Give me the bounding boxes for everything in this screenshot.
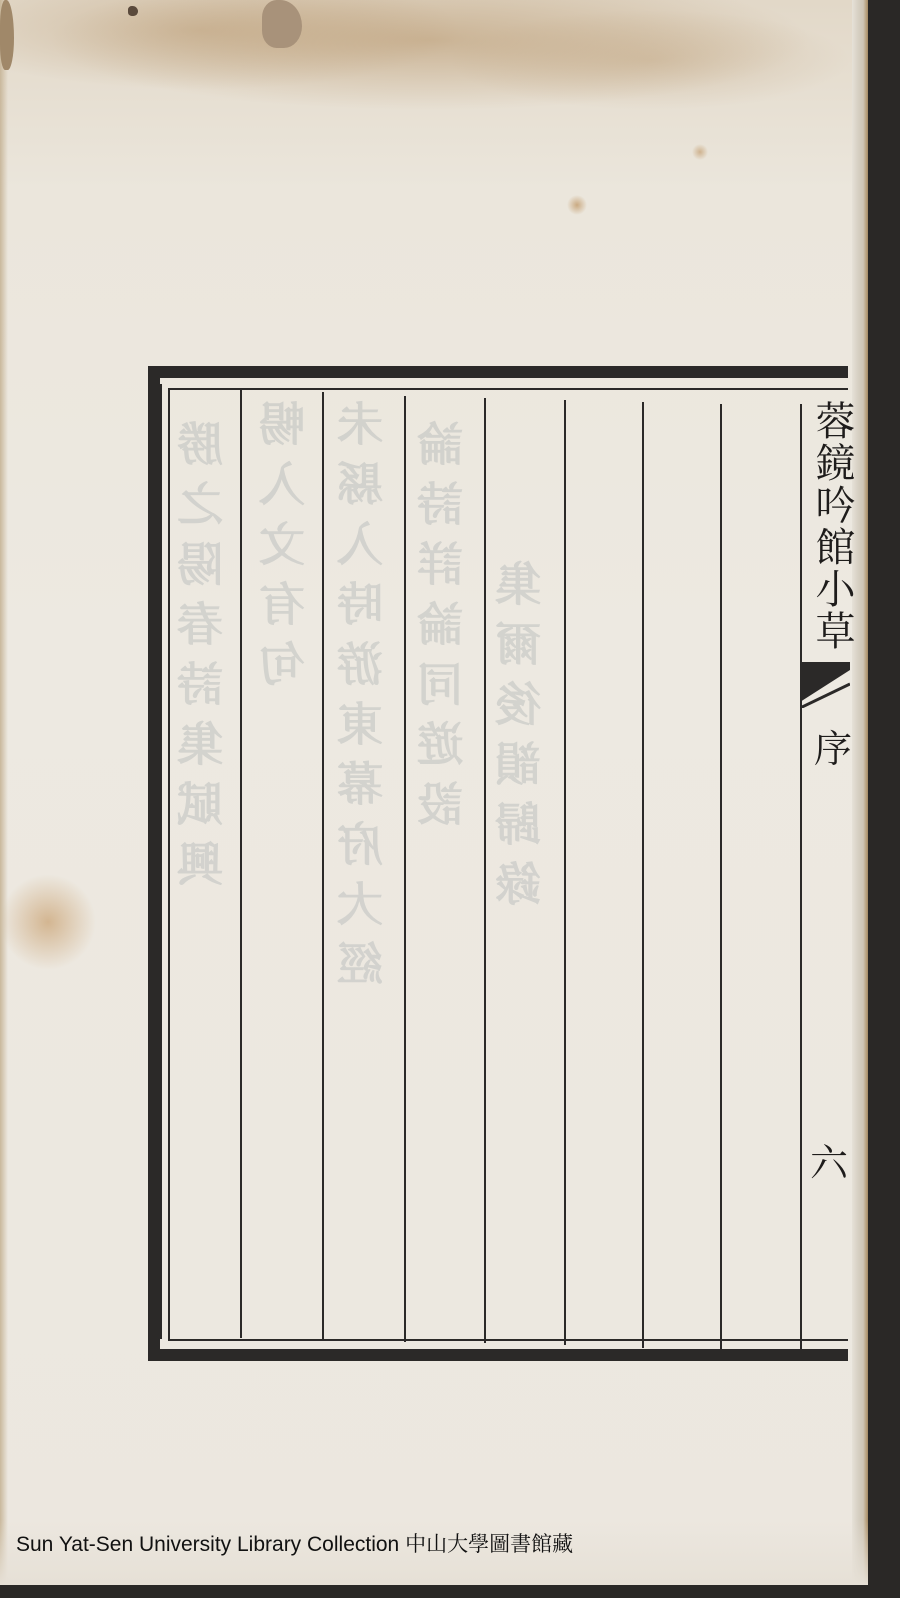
left-binding-edge bbox=[0, 0, 8, 1598]
bleed-column: 集爾後韻歸錄 bbox=[498, 560, 544, 920]
column-rule bbox=[404, 396, 406, 1342]
column-rule bbox=[240, 388, 242, 1338]
column-rule bbox=[800, 404, 802, 1350]
column-rule bbox=[322, 392, 324, 1340]
centerfold-page-number: 六 bbox=[810, 1132, 848, 1187]
column-rule bbox=[484, 398, 486, 1343]
paper-damage bbox=[128, 6, 138, 16]
scan-background bbox=[0, 1585, 900, 1598]
column-rule bbox=[160, 384, 162, 1339]
bleed-column: 勝之陽春詩集賦興 bbox=[180, 420, 226, 900]
column-rule bbox=[642, 402, 644, 1348]
column-rule bbox=[564, 400, 566, 1345]
fishtail-mark-icon bbox=[800, 662, 850, 708]
bleed-column: 論詩詳論同遊設 bbox=[420, 420, 466, 840]
collection-caption: Sun Yat-Sen University Library Collectio… bbox=[16, 1528, 573, 1558]
paper-damage bbox=[262, 0, 302, 48]
right-page-edge bbox=[852, 0, 868, 1585]
bleed-column: 暢入文有句 bbox=[262, 400, 308, 700]
centerfold-title: 蓉鏡吟館小草 bbox=[808, 400, 852, 652]
column-rule bbox=[720, 404, 722, 1350]
bleed-column: 未縣入時游東幕府大經 bbox=[340, 400, 386, 1000]
centerfold-section-label: 序 bbox=[814, 718, 852, 773]
